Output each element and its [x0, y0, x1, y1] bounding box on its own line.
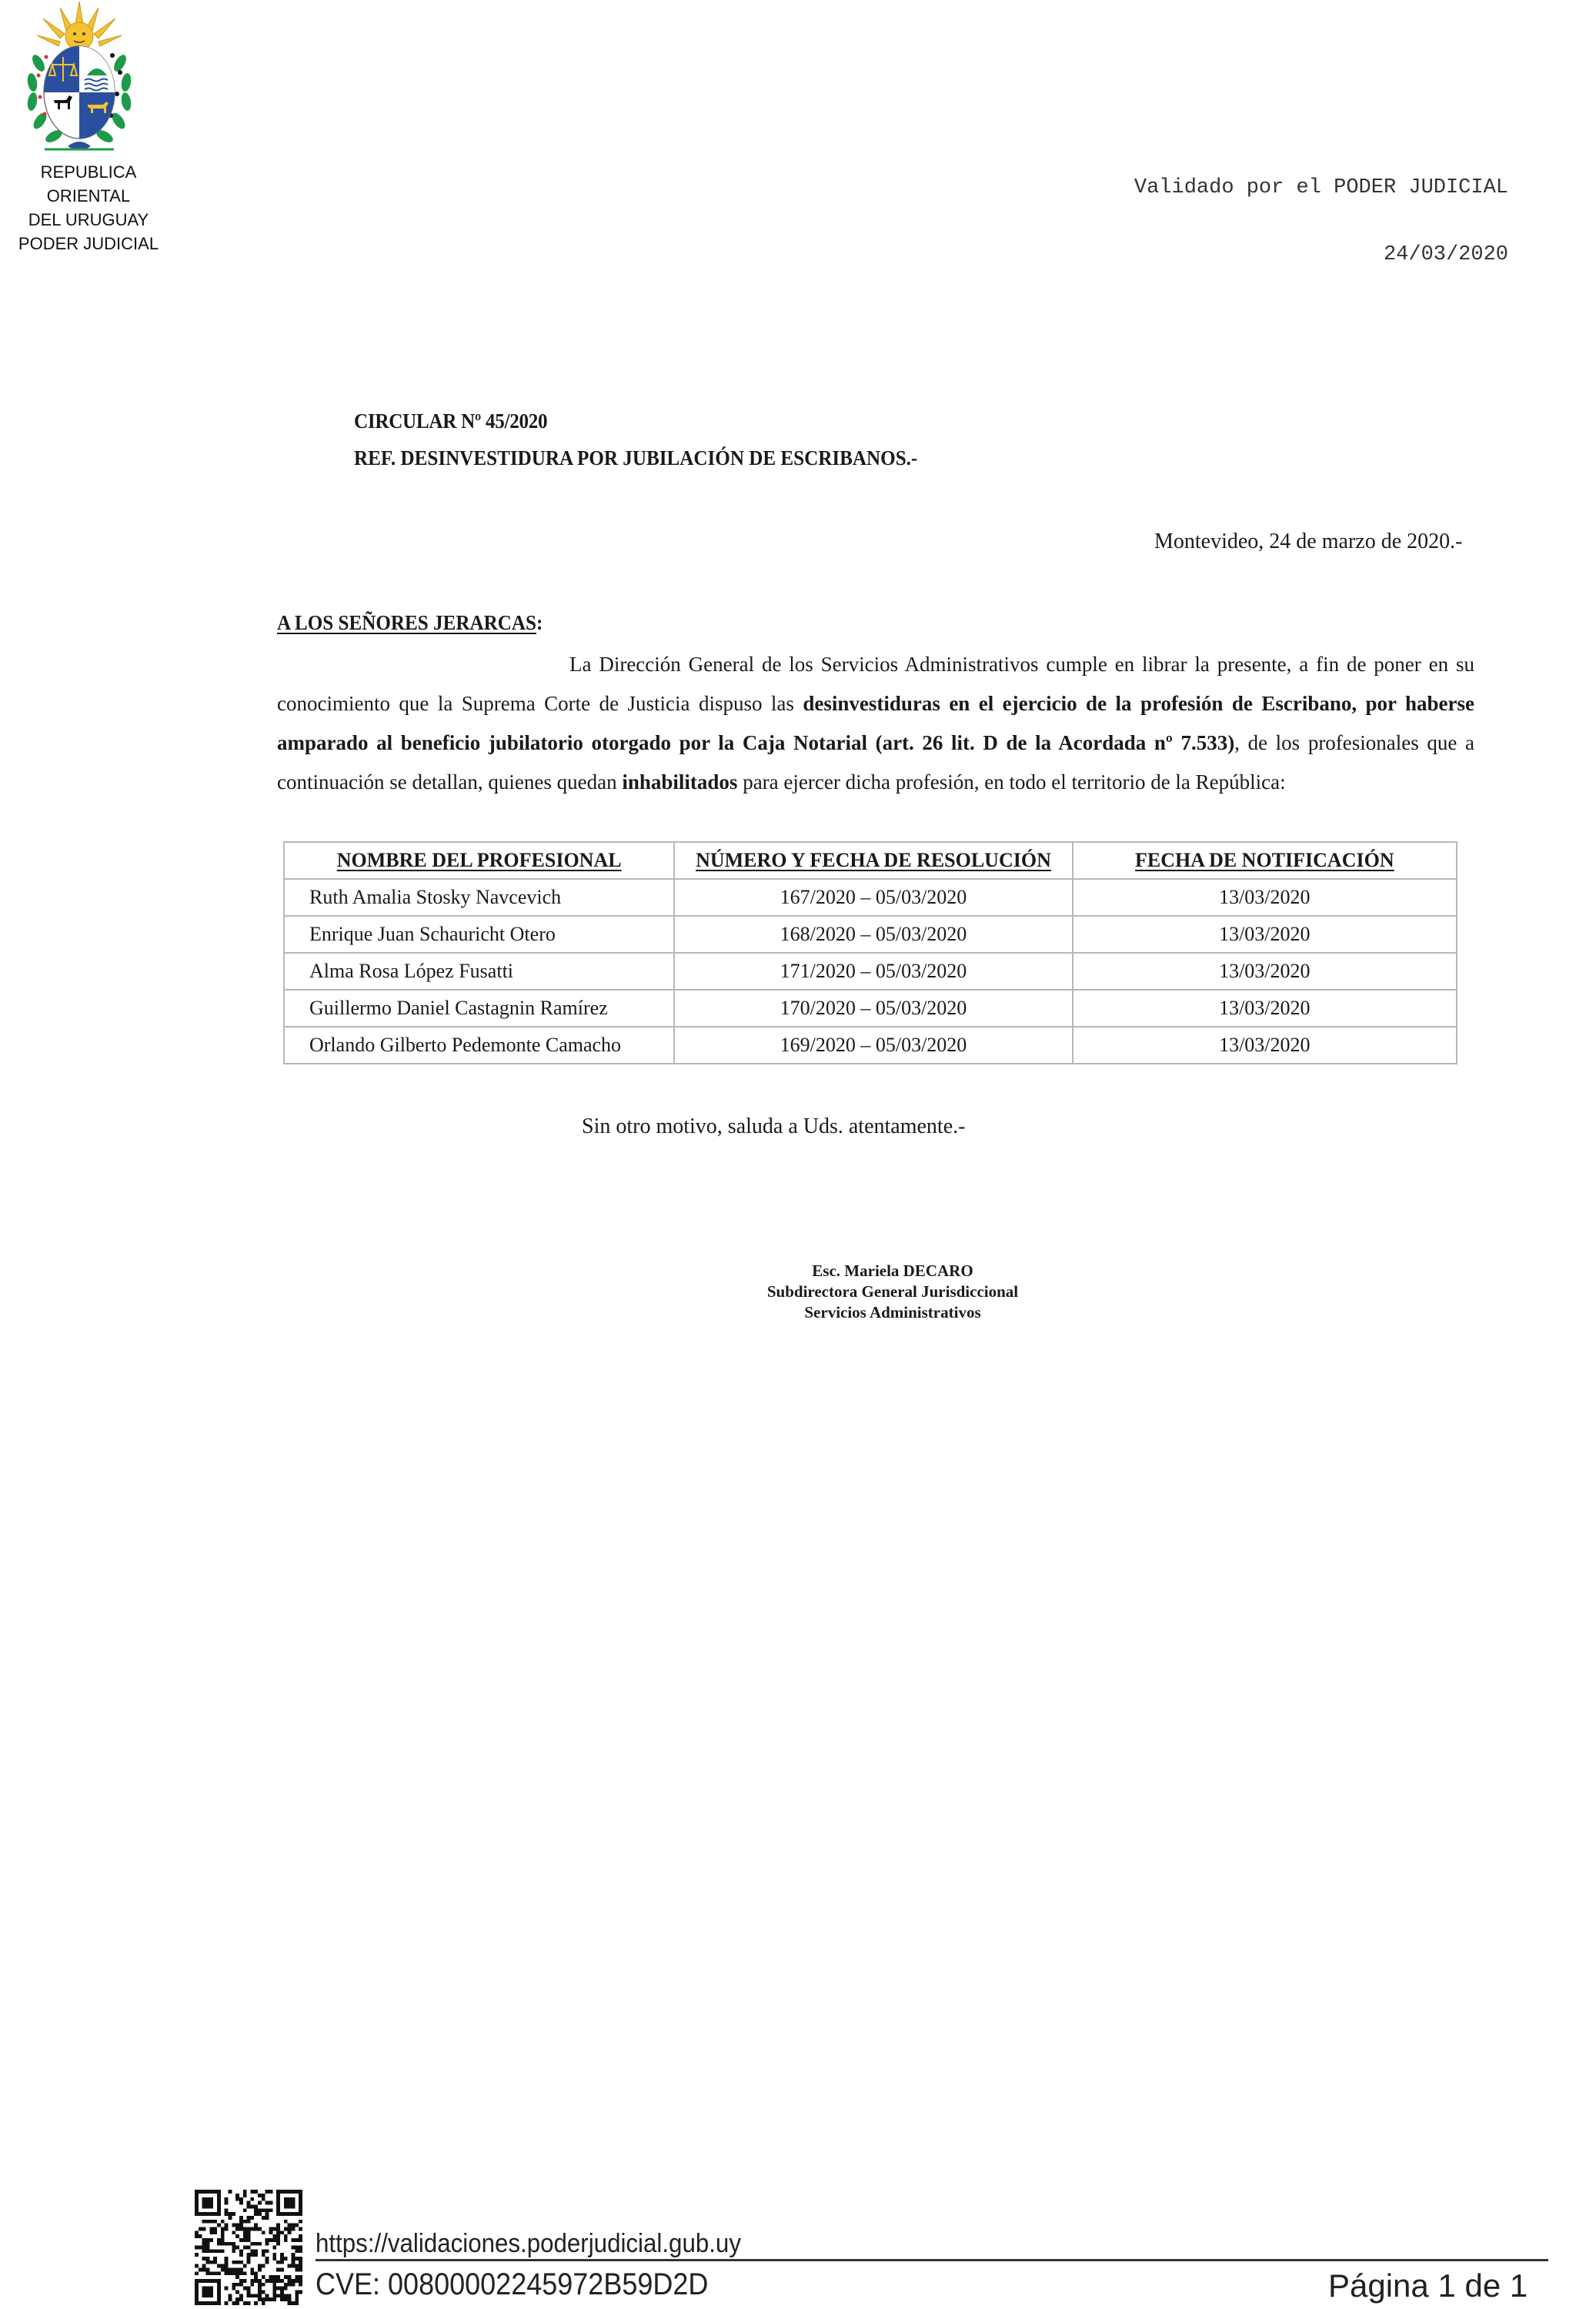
cell-resolution: 171/2020 – 05/03/2020: [674, 953, 1072, 990]
qr-code-icon: [195, 2190, 302, 2305]
validation-text: Validado por el PODER JUDICIAL: [1134, 177, 1508, 199]
issuer-caption: REPUBLICA ORIENTAL DEL URUGUAY PODER JUD…: [0, 160, 177, 256]
circular-reference: REF. DESINVESTIDURA POR JUBILACIÓN DE ES…: [354, 446, 917, 470]
place-date: Montevideo, 24 de marzo de 2020.-: [1154, 530, 1462, 554]
cell-name: Enrique Juan Schauricht Otero: [284, 916, 674, 953]
body-bold-2: inhabilitados: [622, 770, 737, 794]
page-indicator: Página 1 de 1: [1328, 2267, 1528, 2304]
cell-resolution: 170/2020 – 05/03/2020: [674, 990, 1072, 1027]
body-paragraph: La Dirección General de los Servicios Ad…: [277, 645, 1474, 802]
issuer-line-1: REPUBLICA ORIENTAL: [0, 160, 177, 208]
cell-resolution: 167/2020 – 05/03/2020: [674, 879, 1072, 916]
table-header-row: NOMBRE DEL PROFESIONAL NÚMERO Y FECHA DE…: [284, 842, 1457, 879]
table-row: Alma Rosa López Fusatti171/2020 – 05/03/…: [284, 953, 1457, 990]
validation-stamp: Validado por el PODER JUDICIAL 24/03/202…: [1134, 132, 1508, 289]
issuer-line-3: PODER JUDICIAL: [0, 232, 177, 256]
cell-name: Ruth Amalia Stosky Navcevich: [284, 879, 674, 916]
cell-notification: 13/03/2020: [1073, 990, 1457, 1027]
salutation: A LOS SEÑORES JERARCAS:: [277, 611, 543, 635]
resolutions-table: NOMBRE DEL PROFESIONAL NÚMERO Y FECHA DE…: [283, 841, 1457, 1064]
signer-role: Subdirectora General Jurisdiccional: [693, 1281, 1093, 1302]
column-header-resolution: NÚMERO Y FECHA DE RESOLUCIÓN: [674, 842, 1072, 879]
table-row: Enrique Juan Schauricht Otero168/2020 – …: [284, 916, 1457, 953]
cve-code: CVE: 00800002245972B59D2D: [316, 2267, 708, 2302]
column-header-notification: FECHA DE NOTIFICACIÓN: [1073, 842, 1457, 879]
cell-notification: 13/03/2020: [1073, 953, 1457, 990]
validation-date: 24/03/2020: [1134, 244, 1508, 266]
signer-name: Esc. Mariela DECARO: [693, 1261, 1093, 1281]
cell-notification: 13/03/2020: [1073, 916, 1457, 953]
column-header-name: NOMBRE DEL PROFESIONAL: [284, 842, 674, 879]
closing-line: Sin otro motivo, saluda a Uds. atentamen…: [582, 1114, 965, 1139]
body-text-3: para ejercer dicha profesión, en todo el…: [737, 770, 1285, 794]
issuer-line-2: DEL URUGUAY: [0, 208, 177, 232]
cell-name: Alma Rosa López Fusatti: [284, 953, 674, 990]
salutation-text: A LOS SEÑORES JERARCAS: [277, 611, 536, 634]
table-row: Orlando Gilberto Pedemonte Camacho169/20…: [284, 1027, 1457, 1064]
table-row: Guillermo Daniel Castagnin Ramírez170/20…: [284, 990, 1457, 1027]
cell-notification: 13/03/2020: [1073, 1027, 1457, 1064]
signature-block: Esc. Mariela DECARO Subdirectora General…: [693, 1261, 1093, 1323]
footer-divider: [316, 2259, 1548, 2261]
table-row: Ruth Amalia Stosky Navcevich167/2020 – 0…: [284, 879, 1457, 916]
cell-resolution: 168/2020 – 05/03/2020: [674, 916, 1072, 953]
validation-url-link[interactable]: https://validaciones.poderjudicial.gub.u…: [316, 2229, 741, 2259]
cell-notification: 13/03/2020: [1073, 879, 1457, 916]
salutation-colon: :: [536, 611, 543, 635]
cell-name: Orlando Gilberto Pedemonte Camacho: [284, 1027, 674, 1064]
circular-title: CIRCULAR Nº 45/2020: [354, 409, 547, 433]
signer-office: Servicios Administrativos: [693, 1302, 1093, 1323]
cell-resolution: 169/2020 – 05/03/2020: [674, 1027, 1072, 1064]
cell-name: Guillermo Daniel Castagnin Ramírez: [284, 990, 674, 1027]
coat-of-arms-icon: [14, 2, 145, 155]
